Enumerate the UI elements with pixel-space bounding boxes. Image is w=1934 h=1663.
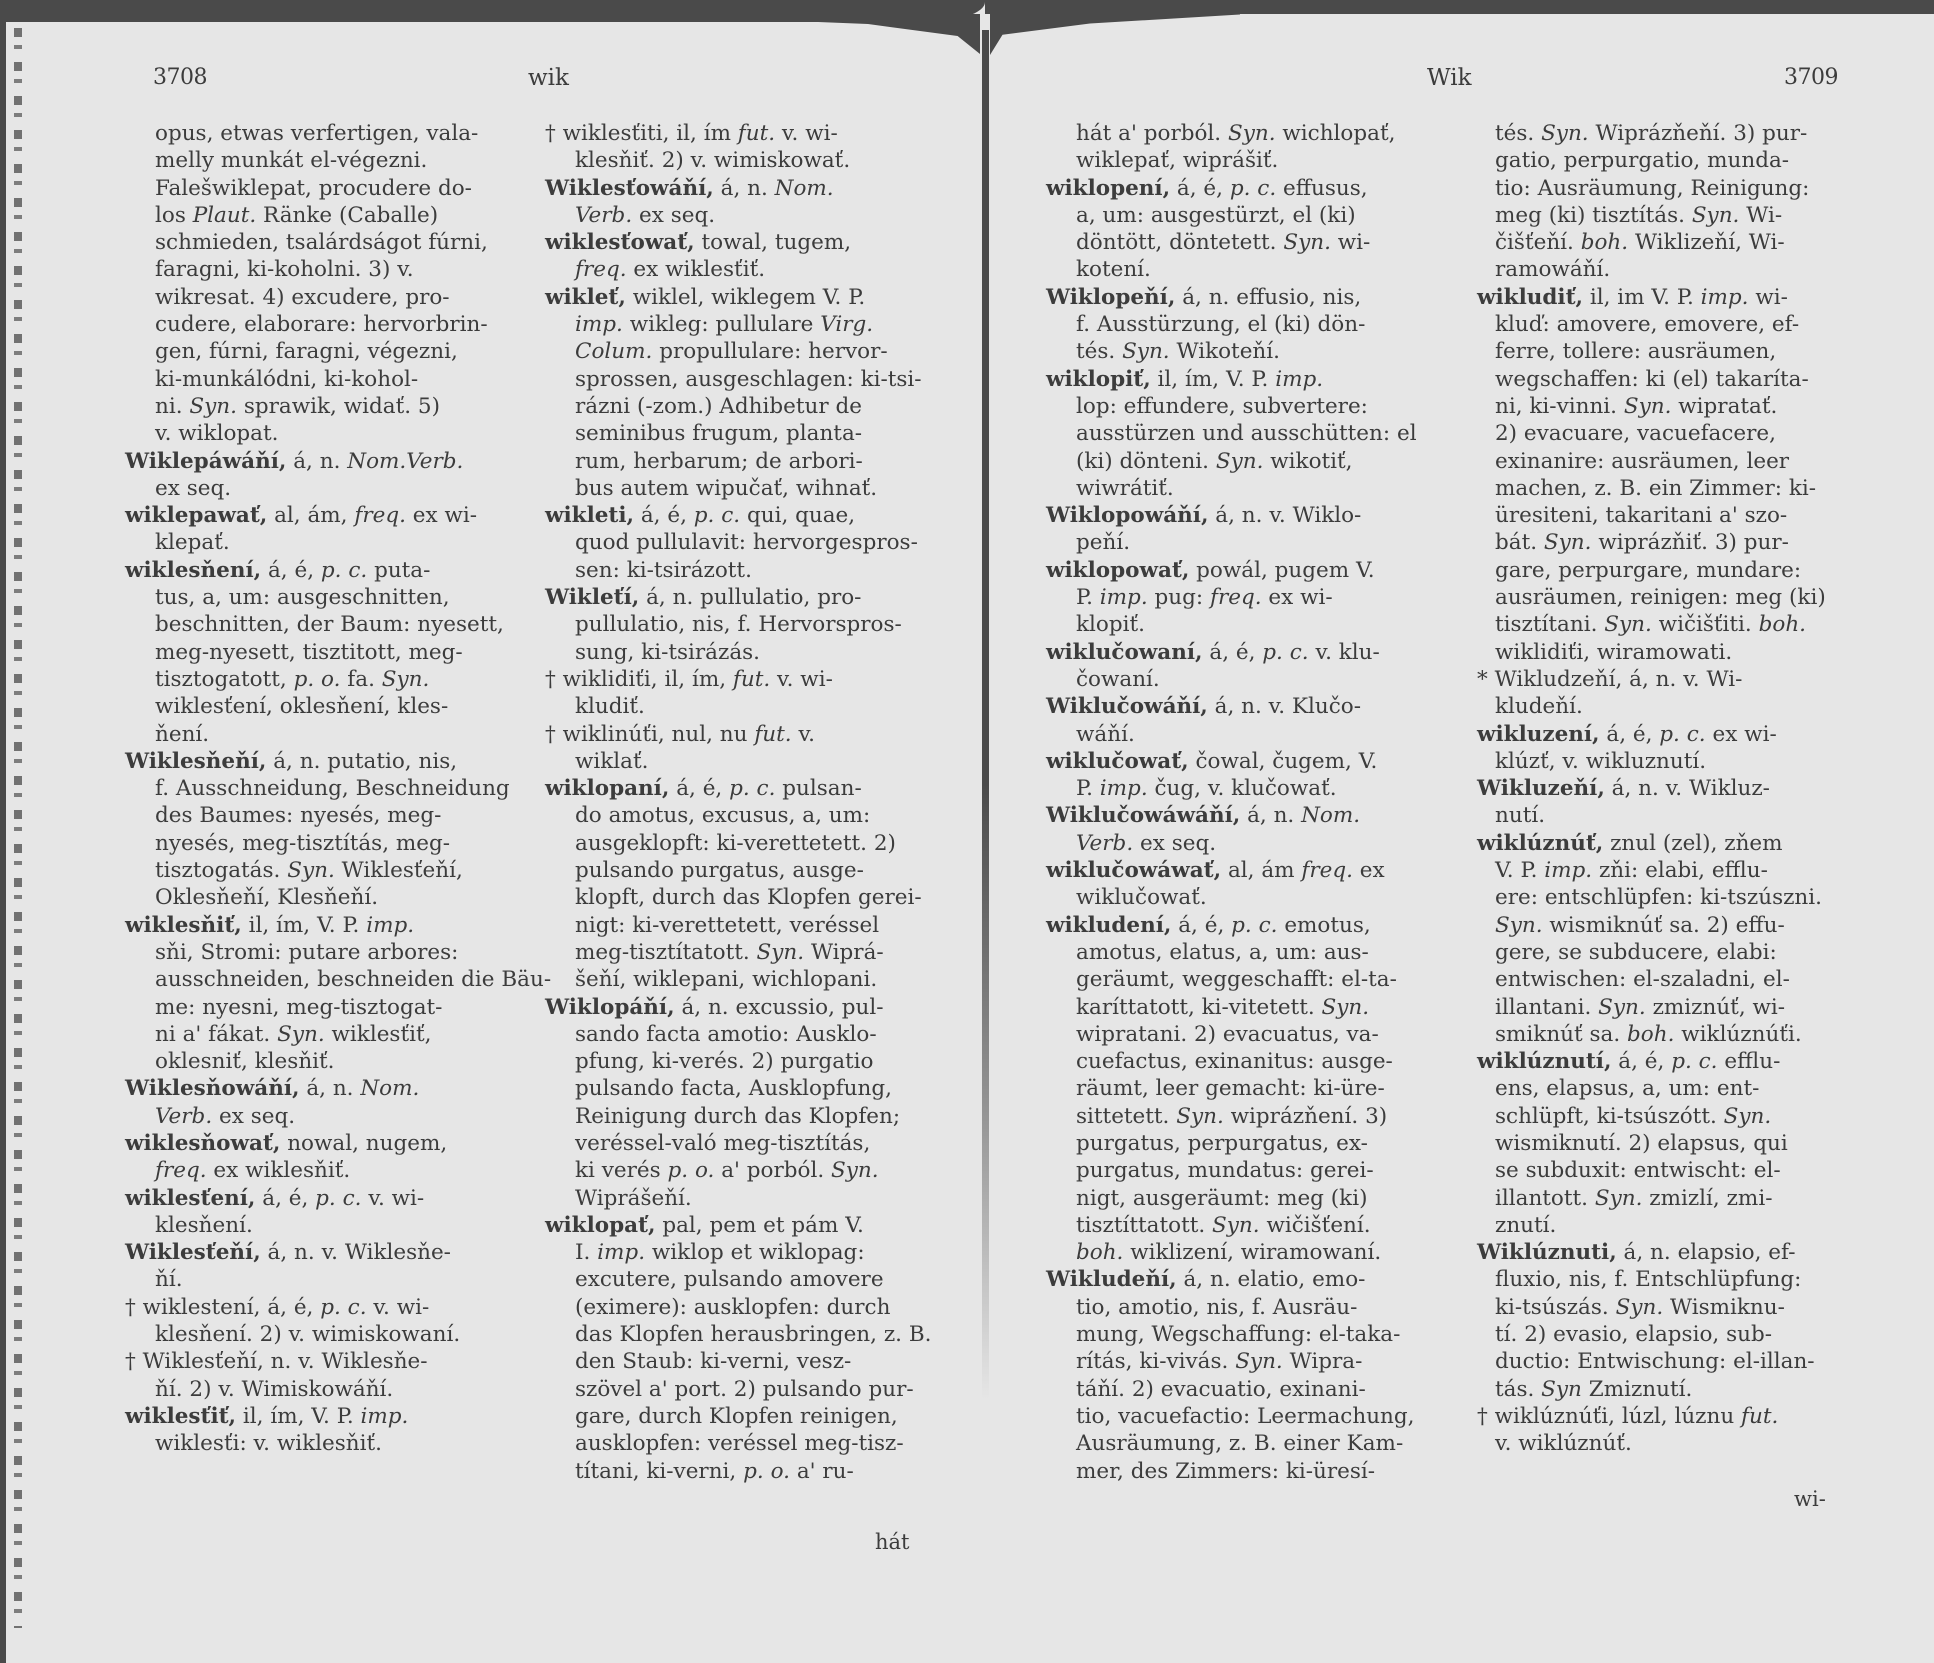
entry-headword-line: Wiklesňowáňí, á, n. Nom. xyxy=(125,1075,525,1102)
entry-line: los Plaut. Ränke (Caballe) xyxy=(125,202,525,229)
entry-line: peňí. xyxy=(1046,529,1461,556)
column-1: opus, etwas verfertigen, vala-melly munk… xyxy=(125,120,525,1458)
entry-line: se subduxit: entwischt: el- xyxy=(1477,1157,1897,1184)
entry-line: wegschaffen: ki (el) takaríta- xyxy=(1477,366,1897,393)
entry-line: wiklať. xyxy=(545,748,940,775)
entry-line: mung, Wegschaffung: el-taka- xyxy=(1046,1321,1461,1348)
entry-line: rum, herbarum; de arbori- xyxy=(545,448,940,475)
entry-line: tisztogatott, p. o. fa. Syn. xyxy=(125,666,525,693)
entry-line: illantott. Syn. zmizlí, zmi- xyxy=(1477,1185,1897,1212)
entry-headword-line: wiklúznúť, znul (zel), zňem xyxy=(1477,830,1897,857)
entry-line: den Staub: ki-verni, vesz- xyxy=(545,1348,940,1375)
entry-line: smiknúť sa. boh. wiklúznúťi. xyxy=(1477,1021,1897,1048)
entry-line: wipratani. 2) evacuatus, va- xyxy=(1046,1021,1461,1048)
entry-line: nigt: ki-verettetett, veréssel xyxy=(545,912,940,939)
page-number: 3708 xyxy=(153,60,207,96)
entry-line: v. wiklúznúť. xyxy=(1477,1430,1897,1457)
entry-line: wiklesťi: v. wiklesňiť. xyxy=(125,1430,525,1457)
entry-line: wiklesťení, oklesňení, kles- xyxy=(125,693,525,720)
entry-line: ki-munkálódni, ki-kohol- xyxy=(125,366,525,393)
entry-line: znutí. xyxy=(1477,1212,1897,1239)
entry-line: ki verés p. o. a' porból. Syn. xyxy=(545,1157,940,1184)
entry-line: opus, etwas verfertigen, vala- xyxy=(125,120,525,147)
entry-line: tisztítani. Syn. wičišťiti. boh. xyxy=(1477,611,1897,638)
entry-line: ramowáňí. xyxy=(1477,256,1897,283)
entry-line: tus, a, um: ausgeschnitten, xyxy=(125,584,525,611)
entry-line: klúzť, v. wikluznutí. xyxy=(1477,748,1897,775)
entry-headword-line: wikluzení, á, é, p. c. ex wi- xyxy=(1477,721,1897,748)
entry-line: fluxio, nis, f. Entschlüpfung: xyxy=(1477,1266,1897,1293)
entry-line: tio, vacuefactio: Leermachung, xyxy=(1046,1403,1461,1430)
entry-line: cuefactus, exinanitus: ausge- xyxy=(1046,1048,1461,1075)
entry-line: ex seq. xyxy=(125,475,525,502)
entry-line: klesňiť. 2) v. wimiskowať. xyxy=(545,147,940,174)
entry-line: ni a' fákat. Syn. wiklesťiť, xyxy=(125,1021,525,1048)
entry-line: ferre, tollere: ausräumen, xyxy=(1477,338,1897,365)
entry-line: ere: entschlüpfen: ki-tszúszni. xyxy=(1477,884,1897,911)
entry-line: machen, z. B. ein Zimmer: ki- xyxy=(1477,475,1897,502)
entry-line: des Baumes: nyesés, meg- xyxy=(125,802,525,829)
entry-headword-line: Wiklesťowáňí, á, n. Nom. xyxy=(545,175,940,202)
entry-line: purgatus, mundatus: gerei- xyxy=(1046,1157,1461,1184)
running-head: wik xyxy=(528,60,569,96)
entry-line: šeňí, wiklepani, wichlopani. xyxy=(545,966,940,993)
entry-line: tí. 2) evasio, elapsio, sub- xyxy=(1477,1321,1897,1348)
entry-headword-line: wiklopowať, powál, pugem V. xyxy=(1046,557,1461,584)
column-3: hát a' porból. Syn. wichlopať,wiklepať, … xyxy=(1046,120,1461,1485)
entry-headword-line: wiklesňení, á, é, p. c. puta- xyxy=(125,557,525,584)
entry-line: ausgeklopft: ki-verettetett. 2) xyxy=(545,830,940,857)
entry-line: wáňí. xyxy=(1046,721,1461,748)
entry-headword-line: wiklučowať, čowal, čugem, V. xyxy=(1046,748,1461,775)
entry-line: ki-tsúszás. Syn. Wismiknu- xyxy=(1477,1294,1897,1321)
entry-line: gen, fúrni, faragni, végezni, xyxy=(125,338,525,365)
entry-line: veréssel-való meg-tisztítás, xyxy=(545,1130,940,1157)
entry-headword-line: wiklesťiť, il, ím, V. P. imp. xyxy=(125,1403,525,1430)
entry-line: meg-tisztítatott. Syn. Wiprá- xyxy=(545,939,940,966)
entry-line: kotení. xyxy=(1046,256,1461,283)
entry-headword-line: † wiklúznúťi, lúzl, lúznu fut. xyxy=(1477,1403,1897,1430)
left-page: 3708 wik opus, etwas verfertigen, vala-m… xyxy=(0,0,982,1663)
entry-line: ni, ki-vinni. Syn. wipratať. xyxy=(1477,393,1897,420)
entry-headword-line: Wikluzeňí, á, n. v. Wikluz- xyxy=(1477,775,1897,802)
entry-line: sňi, Stromi: putare arbores: xyxy=(125,939,525,966)
entry-line: ni. Syn. sprawik, widať. 5) xyxy=(125,393,525,420)
entry-line: klepať. xyxy=(125,529,525,556)
catchword: wi- xyxy=(1794,1487,1826,1511)
entry-line: schmieden, tsalárdságot fúrni, xyxy=(125,229,525,256)
entry-line: f. Ausstürzung, el (ki) dön- xyxy=(1046,311,1461,338)
entry-line: Reinigung durch das Klopfen; xyxy=(545,1103,940,1130)
entry-line: mer, des Zimmers: ki-üresí- xyxy=(1046,1458,1461,1485)
entry-headword-line: wiklesňiť, il, ím, V. P. imp. xyxy=(125,912,525,939)
entry-headword-line: Wiklopowáňí, á, n. v. Wiklo- xyxy=(1046,502,1461,529)
entry-line: wikresat. 4) excudere, pro- xyxy=(125,284,525,311)
entry-line: kludiť. xyxy=(545,693,940,720)
entry-line: táňí. 2) evacuatio, exinani- xyxy=(1046,1376,1461,1403)
entry-line: Verb. ex seq. xyxy=(545,202,940,229)
entry-line: Verb. ex seq. xyxy=(1046,830,1461,857)
entry-line: tisztíttatott. Syn. wičišťení. xyxy=(1046,1212,1461,1239)
entry-line: sittetett. Syn. wiprázňení. 3) xyxy=(1046,1103,1461,1130)
entry-headword-line: † wiklinúťi, nul, nu fut. v. xyxy=(545,721,940,748)
right-page: Wik 3709 hát a' porból. Syn. wichlopať,w… xyxy=(989,0,1934,1663)
entry-line: rázni (-zom.) Adhibetur de xyxy=(545,393,940,420)
entry-headword-line: Wiklesťeňí, á, n. v. Wiklesňe- xyxy=(125,1239,525,1266)
entry-headword-line: wiklopať, pal, pem et pám V. xyxy=(545,1212,940,1239)
column-4: tés. Syn. Wiprázňeňí. 3) pur-gatio, perp… xyxy=(1477,120,1897,1458)
entry-line: schlüpft, ki-tsúszótt. Syn. xyxy=(1477,1103,1897,1130)
entry-line: purgatus, perpurgatus, ex- xyxy=(1046,1130,1461,1157)
entry-line: kludeňí. xyxy=(1477,693,1897,720)
entry-line: sando facta amotio: Ausklo- xyxy=(545,1021,940,1048)
entry-line: gatio, perpurgatio, munda- xyxy=(1477,147,1897,174)
entry-line: excutere, pulsando amovere xyxy=(545,1266,940,1293)
entry-headword-line: wikludení, á, é, p. c. emotus, xyxy=(1046,912,1461,939)
entry-headword-line: † wiklidiťi, il, ím, fut. v. wi- xyxy=(545,666,940,693)
entry-line: pulsando facta, Ausklopfung, xyxy=(545,1075,940,1102)
entry-line: nutí. xyxy=(1477,802,1897,829)
entry-headword-line: Wiklúznuti, á, n. elapsio, ef- xyxy=(1477,1239,1897,1266)
entry-headword-line: wiklesťowať, towal, tugem, xyxy=(545,229,940,256)
entry-line: ausstürzen und ausschütten: el xyxy=(1046,420,1461,447)
entry-line: (ki) dönteni. Syn. wikotiť, xyxy=(1046,448,1461,475)
entry-headword-line: wikludiť, il, im V. P. imp. wi- xyxy=(1477,284,1897,311)
entry-line: Syn. wismiknúť sa. 2) effu- xyxy=(1477,912,1897,939)
entry-line: wiwrátiť. xyxy=(1046,475,1461,502)
entry-line: ausräumen, reinigen: meg (ki) xyxy=(1477,584,1897,611)
entry-headword-line: † Wiklesťeňí, n. v. Wiklesňe- xyxy=(125,1348,525,1375)
entry-headword-line: Wikludeňí, á, n. elatio, emo- xyxy=(1046,1266,1461,1293)
entry-headword-line: wiklopaní, á, é, p. c. pulsan- xyxy=(545,775,940,802)
entry-line: Oklesňeňí, Klesňeňí. xyxy=(125,884,525,911)
entry-line: sen: ki-tsirázott. xyxy=(545,557,940,584)
entry-headword-line: wiklopení, á, é, p. c. effusus, xyxy=(1046,175,1461,202)
entry-line: P. imp. pug: freq. ex wi- xyxy=(1046,584,1461,611)
entry-line: karíttatott, ki-vitetett. Syn. xyxy=(1046,994,1461,1021)
entry-line: sprossen, ausgeschlagen: ki-tsi- xyxy=(545,366,940,393)
entry-headword-line: Wiklučowáwáňí, á, n. Nom. xyxy=(1046,802,1461,829)
entry-headword-line: † wiklesťiti, il, ím fut. v. wi- xyxy=(545,120,940,147)
entry-headword-line: Wiklopáňí, á, n. excussio, pul- xyxy=(545,994,940,1021)
entry-line: meg (ki) tisztítás. Syn. Wi- xyxy=(1477,202,1897,229)
entry-line: nyesés, meg-tisztítás, meg- xyxy=(125,830,525,857)
entry-line: beschnitten, der Baum: nyesett, xyxy=(125,611,525,638)
entry-line: pulsando purgatus, ausge- xyxy=(545,857,940,884)
entry-line: entwischen: el-szaladni, el- xyxy=(1477,966,1897,993)
entry-line: čišťeňí. boh. Wiklizeňí, Wi- xyxy=(1477,229,1897,256)
entry-headword-line: Wikleťí, á, n. pullulatio, pro- xyxy=(545,584,940,611)
entry-line: klopft, durch das Klopfen gerei- xyxy=(545,884,940,911)
entry-line: a, um: ausgestürzt, el (ki) xyxy=(1046,202,1461,229)
entry-line: sung, ki-tsirázás. xyxy=(545,639,940,666)
entry-line: cudere, elaborare: hervorbrin- xyxy=(125,311,525,338)
entry-line: üresiteni, takaritani a' szo- xyxy=(1477,502,1897,529)
entry-line: (eximere): ausklopfen: durch xyxy=(545,1294,940,1321)
entry-line: P. imp. čug, v. klučowať. xyxy=(1046,775,1461,802)
entry-line: gare, durch Klopfen reinigen, xyxy=(545,1403,940,1430)
entry-headword-line: wiklesňowať, nowal, nugem, xyxy=(125,1130,525,1157)
entry-line: tás. Syn Zmiznutí. xyxy=(1477,1376,1897,1403)
entry-line: ňí. 2) v. Wimiskowáňí. xyxy=(125,1376,525,1403)
entry-line: Ausräumung, z. B. einer Kam- xyxy=(1046,1430,1461,1457)
entry-line: melly munkát el-végezni. xyxy=(125,147,525,174)
entry-line: ductio: Entwischung: el-illan- xyxy=(1477,1348,1897,1375)
entry-line: lop: effundere, subvertere: xyxy=(1046,393,1461,420)
entry-headword-line: wikleti, á, é, p. c. qui, quae, xyxy=(545,502,940,529)
entry-line: wiklidiťi, wiramowati. xyxy=(1477,639,1897,666)
entry-line: klesňení. xyxy=(125,1212,525,1239)
entry-line: bát. Syn. wiprázňiť. 3) pur- xyxy=(1477,529,1897,556)
entry-line: gare, perpurgare, mundare: xyxy=(1477,557,1897,584)
entry-line: nigt, ausgeräumt: meg (ki) xyxy=(1046,1185,1461,1212)
entry-headword-line: † wiklestení, á, é, p. c. v. wi- xyxy=(125,1294,525,1321)
entry-headword-line: wiklučowaní, á, é, p. c. v. klu- xyxy=(1046,639,1461,666)
entry-line: tés. Syn. Wikoteňí. xyxy=(1046,338,1461,365)
entry-line: bus autem wipučať, wihnať. xyxy=(545,475,940,502)
entry-line: räumt, leer gemacht: ki-üre- xyxy=(1046,1075,1461,1102)
catchword: hát xyxy=(875,1530,909,1554)
entry-line: freq. ex wiklesťiť. xyxy=(545,256,940,283)
entry-line: pfung, ki-verés. 2) purgatio xyxy=(545,1048,940,1075)
entry-headword-line: wiklepawať, al, ám, freq. ex wi- xyxy=(125,502,525,529)
entry-line: ens, elapsus, a, um: ent- xyxy=(1477,1075,1897,1102)
entry-line: meg-nyesett, tisztitott, meg- xyxy=(125,639,525,666)
running-head: Wik xyxy=(1427,60,1472,96)
entry-line: exinanire: ausräumen, leer xyxy=(1477,448,1897,475)
entry-line: ausschneiden, beschneiden die Bäu- xyxy=(125,966,525,993)
entry-headword-line: Wiklučowáňí, á, n. v. Klučo- xyxy=(1046,693,1461,720)
entry-line: wiklučowať. xyxy=(1046,884,1461,911)
entry-line: imp. wikleg: pullulare Virg. xyxy=(545,311,940,338)
entry-line: ausklopfen: veréssel meg-tisz- xyxy=(545,1430,940,1457)
entry-line: freq. ex wiklesňiť. xyxy=(125,1157,525,1184)
entry-line: klopiť. xyxy=(1046,611,1461,638)
entry-line: hát a' porból. Syn. wichlopať, xyxy=(1046,120,1461,147)
entry-line: szövel a' port. 2) pulsando pur- xyxy=(545,1376,940,1403)
entry-headword-line: wikleť, wiklel, wiklegem V. P. xyxy=(545,284,940,311)
entry-line: döntött, döntetett. Syn. wi- xyxy=(1046,229,1461,256)
entry-headword-line: wiklesťení, á, é, p. c. v. wi- xyxy=(125,1185,525,1212)
entry-line: faragni, ki-koholni. 3) v. xyxy=(125,256,525,283)
entry-line: illantani. Syn. zmiznúť, wi- xyxy=(1477,994,1897,1021)
entry-line: Falešwiklepat, procudere do- xyxy=(125,175,525,202)
entry-headword-line: wiklučowáwať, al, ám freq. ex xyxy=(1046,857,1461,884)
entry-line: ňení. xyxy=(125,721,525,748)
entry-headword-line: Wiklesňeňí, á, n. putatio, nis, xyxy=(125,748,525,775)
entry-line: wismiknutí. 2) elapsus, qui xyxy=(1477,1130,1897,1157)
entry-line: seminibus frugum, planta- xyxy=(545,420,940,447)
entry-headword-line: * Wikludzeňí, á, n. v. Wi- xyxy=(1477,666,1897,693)
entry-headword-line: Wiklepáwáňí, á, n. Nom.Verb. xyxy=(125,448,525,475)
entry-line: Wiprášeňí. xyxy=(545,1185,940,1212)
entry-line: geräumt, weggeschafft: el-ta- xyxy=(1046,966,1461,993)
entry-line: me: nyesni, meg-tisztogat- xyxy=(125,994,525,1021)
entry-line: amotus, elatus, a, um: aus- xyxy=(1046,939,1461,966)
entry-line: wiklepať, wiprášiť. xyxy=(1046,147,1461,174)
entry-line: das Klopfen herausbringen, z. B. xyxy=(545,1321,940,1348)
entry-line: boh. wiklizení, wiramowaní. xyxy=(1046,1239,1461,1266)
entry-line: do amotus, excusus, a, um: xyxy=(545,802,940,829)
entry-line: tio: Ausräumung, Reinigung: xyxy=(1477,175,1897,202)
entry-line: ňí. xyxy=(125,1266,525,1293)
entry-headword-line: wiklúznutí, á, é, p. c. efflu- xyxy=(1477,1048,1897,1075)
entry-line: tés. Syn. Wiprázňeňí. 3) pur- xyxy=(1477,120,1897,147)
entry-line: 2) evacuare, vacuefacere, xyxy=(1477,420,1897,447)
entry-line: tisztogatás. Syn. Wiklesťeňí, xyxy=(125,857,525,884)
entry-line: V. P. imp. zňi: elabi, efflu- xyxy=(1477,857,1897,884)
column-2: † wiklesťiti, il, ím fut. v. wi-klesňiť.… xyxy=(545,120,940,1485)
entry-line: rítás, ki-vivás. Syn. Wipra- xyxy=(1046,1348,1461,1375)
entry-line: quod pullulavit: hervorgespros- xyxy=(545,529,940,556)
page-number: 3709 xyxy=(1784,60,1838,96)
entry-line: v. wiklopat. xyxy=(125,420,525,447)
entry-line: gere, se subducere, elabi: xyxy=(1477,939,1897,966)
entry-line: pullulatio, nis, f. Hervorspros- xyxy=(545,611,940,638)
entry-headword-line: wiklopiť, il, ím, V. P. imp. xyxy=(1046,366,1461,393)
entry-line: kluď: amovere, emovere, ef- xyxy=(1477,311,1897,338)
entry-line: čowaní. xyxy=(1046,666,1461,693)
entry-line: tio, amotio, nis, f. Ausräu- xyxy=(1046,1294,1461,1321)
entry-line: klesňení. 2) v. wimiskowaní. xyxy=(125,1321,525,1348)
book-spine-gutter xyxy=(982,30,989,1400)
entry-line: I. imp. wiklop et wiklopag: xyxy=(545,1239,940,1266)
entry-line: títani, ki-verni, p. o. a' ru- xyxy=(545,1458,940,1485)
entry-line: Colum. propullulare: hervor- xyxy=(545,338,940,365)
entry-headword-line: Wiklopeňí, á, n. effusio, nis, xyxy=(1046,284,1461,311)
entry-line: oklesniť, klesňiť. xyxy=(125,1048,525,1075)
entry-line: Verb. ex seq. xyxy=(125,1103,525,1130)
entry-line: f. Ausschneidung, Beschneidung xyxy=(125,775,525,802)
